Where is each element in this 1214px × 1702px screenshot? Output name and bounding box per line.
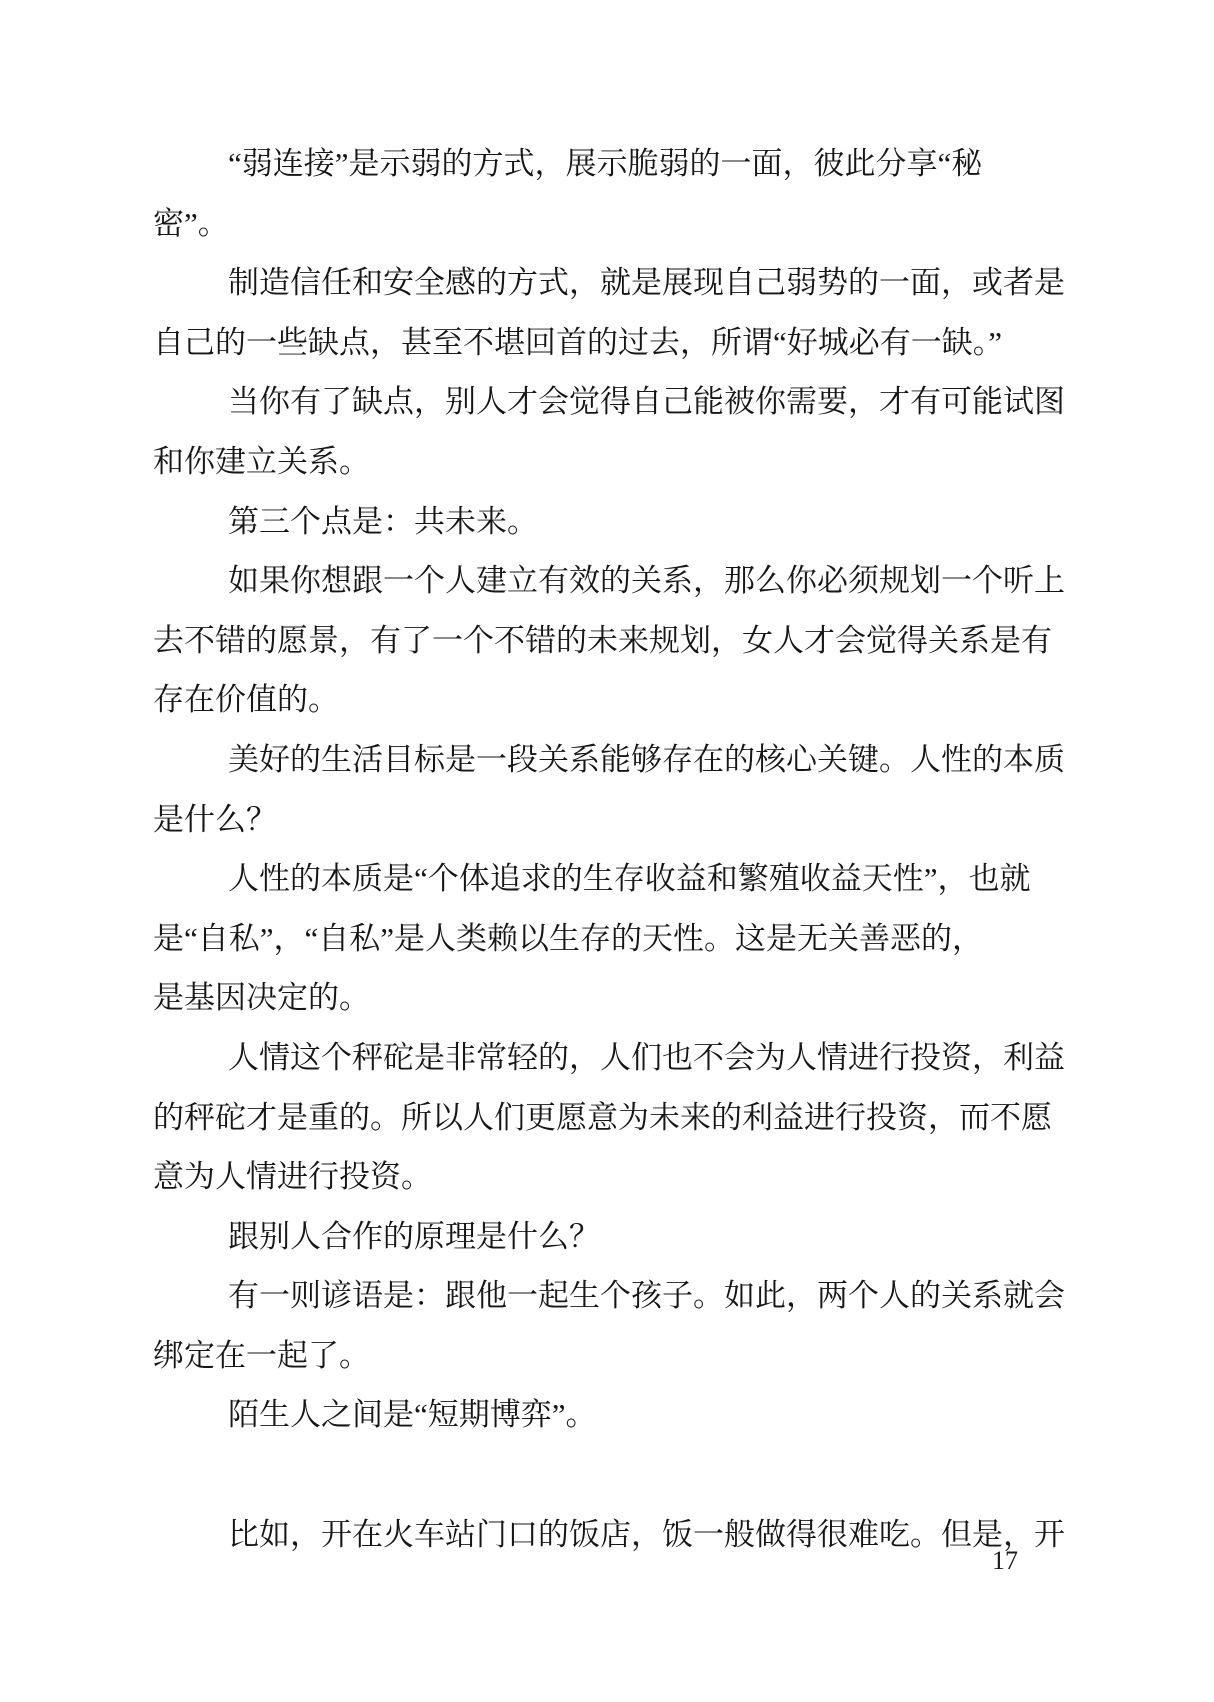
text-line: 去不错的愿景，有了一个不错的未来规划，女人才会觉得关系是有 <box>153 611 1053 671</box>
text-line: 美好的生活目标是一段关系能够存在的核心关键。人性的本质 <box>153 730 1053 790</box>
text-line: 当你有了缺点，别人才会觉得自己能被你需要，才有可能试图 <box>153 372 1053 432</box>
text-line: 陌生人之间是“短期博弈”。 <box>153 1385 1053 1445</box>
text-line: 意为人情进行投资。 <box>153 1147 1053 1207</box>
page-number: 17 <box>992 1548 1018 1574</box>
text-line: 绑定在一起了。 <box>153 1326 1053 1386</box>
text-line: 和你建立关系。 <box>153 432 1053 492</box>
text-line: 人情这个秤砣是非常轻的，人们也不会为人情进行投资，利益 <box>153 1028 1053 1088</box>
text-line: 的秤砣才是重的。所以人们更愿意为未来的利益进行投资，而不愿 <box>153 1088 1053 1148</box>
text-line: 如果你想跟一个人建立有效的关系，那么你必须规划一个听上 <box>153 551 1053 611</box>
text-line: 是基因决定的。 <box>153 968 1053 1028</box>
text-line: 制造信任和安全感的方式，就是展现自己弱势的一面，或者是 <box>153 253 1053 313</box>
text-line: 密”。 <box>153 194 1053 254</box>
text-line: 自己的一些缺点，甚至不堪回首的过去，所谓“好城必有一缺。” <box>153 313 1053 373</box>
text-line: 有一则谚语是：跟他一起生个孩子。如此，两个人的关系就会 <box>153 1266 1053 1326</box>
text-line: 第三个点是：共未来。 <box>153 492 1053 552</box>
text-line: “弱连接”是示弱的方式，展示脆弱的一面，彼此分享“秘 <box>153 134 1053 194</box>
document-page: “弱连接”是示弱的方式，展示脆弱的一面，彼此分享“秘密”。制造信任和安全感的方式… <box>0 0 1214 1702</box>
text-line: 比如，开在火车站门口的饭店，饭一般做得很难吃。但是，开 <box>153 1505 1053 1565</box>
text-line: 跟别人合作的原理是什么？ <box>153 1207 1053 1267</box>
text-block: “弱连接”是示弱的方式，展示脆弱的一面，彼此分享“秘密”。制造信任和安全感的方式… <box>153 134 1053 1564</box>
text-line: 是“自私”，“自私”是人类赖以生存的天性。这是无关善恶的， <box>153 909 1053 969</box>
text-line <box>153 1445 1053 1505</box>
text-line: 是什么？ <box>153 790 1053 850</box>
text-line: 存在价值的。 <box>153 670 1053 730</box>
text-line: 人性的本质是“个体追求的生存收益和繁殖收益天性”，也就 <box>153 849 1053 909</box>
